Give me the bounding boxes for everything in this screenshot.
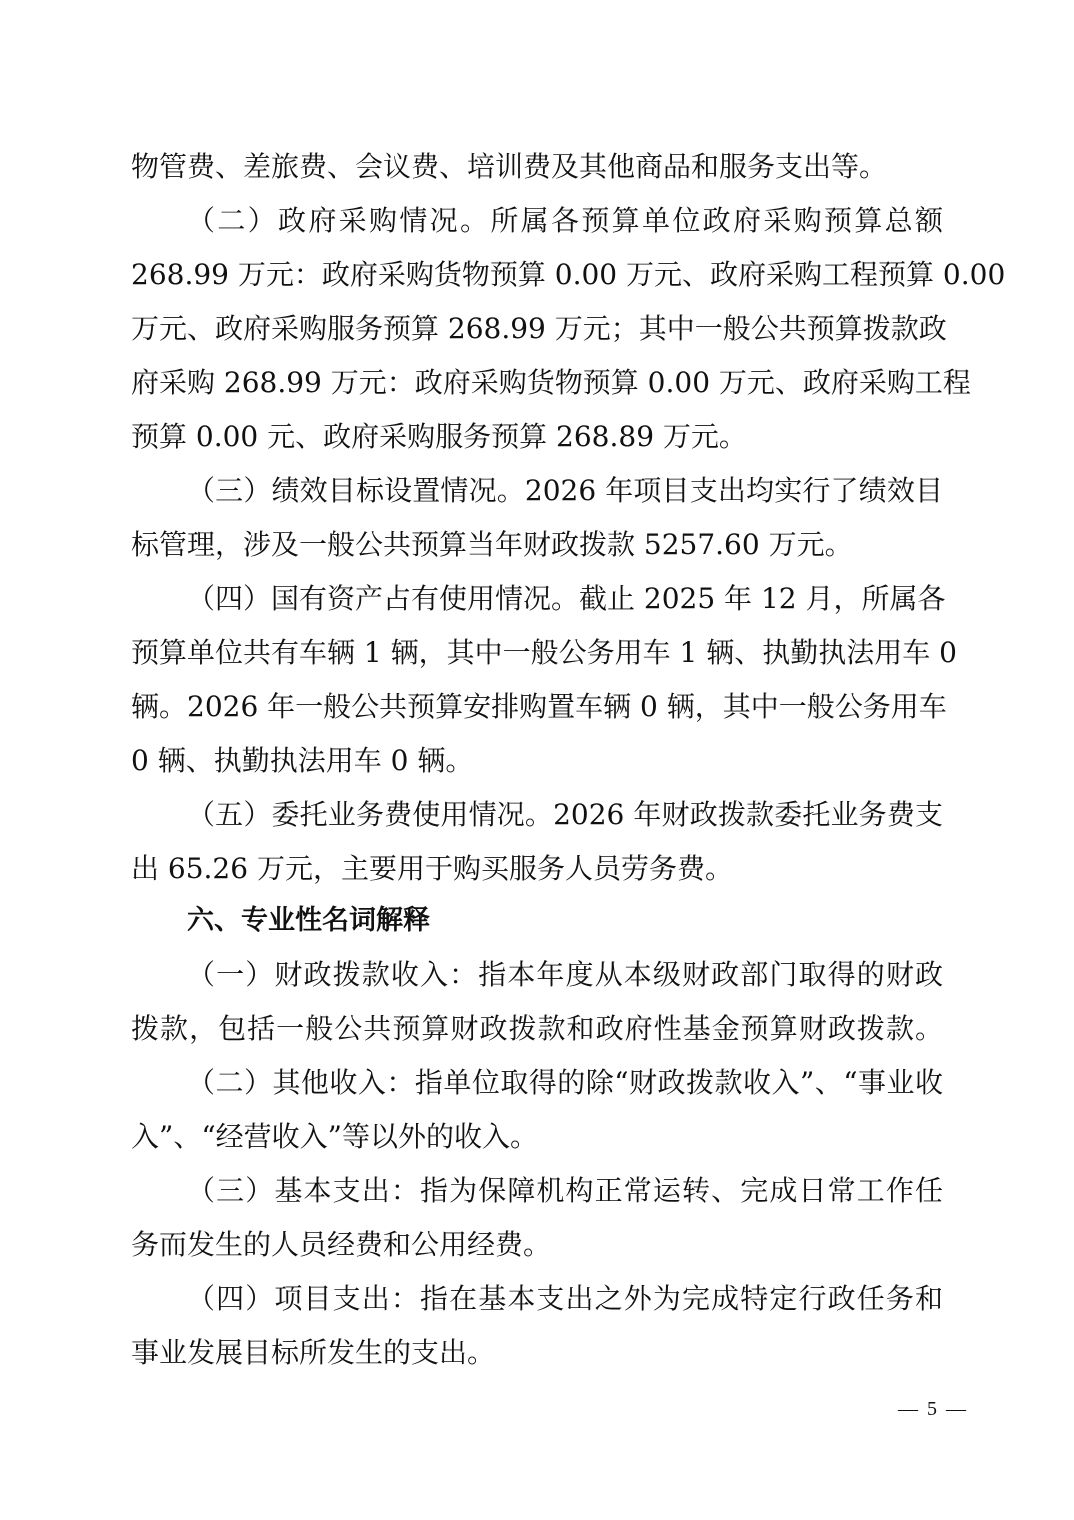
term-fiscal-income-line: （一）财政拨款收入：指本年度从本级财政部门取得的财政	[131, 948, 943, 1002]
section-assets-line: （四）国有资产占有使用情况。截止 2025 年 12 月，所属各	[131, 572, 943, 626]
section-procurement-heading-line: （二）政府采购情况。所属各预算单位政府采购预算总额	[131, 194, 943, 248]
paragraph-line: 事业发展目标所发生的支出。	[131, 1326, 943, 1380]
paragraph-line: 府采购 268.99 万元：政府采购货物预算 0.00 万元、政府采购工程	[131, 356, 943, 410]
section-heading-terms: 六、专业性名词解释	[131, 894, 943, 948]
paragraph-line: 0 辆、执勤执法用车 0 辆。	[131, 734, 943, 788]
page-number: — 5 —	[898, 1398, 968, 1421]
term-project-expenditure-line: （四）项目支出：指在基本支出之外为完成特定行政任务和	[131, 1272, 943, 1326]
section-entrusted-line: （五）委托业务费使用情况。2026 年财政拨款委托业务费支	[131, 788, 943, 842]
paragraph-line: 辆。2026 年一般公共预算安排购置车辆 0 辆，其中一般公务用车	[131, 680, 943, 734]
paragraph-line: 拨款，包括一般公共预算财政拨款和政府性基金预算财政拨款。	[131, 1002, 943, 1056]
paragraph-line: 务而发生的人员经费和公用经费。	[131, 1218, 943, 1272]
paragraph-line: 入”、“经营收入”等以外的收入。	[131, 1110, 943, 1164]
section-performance-line: （三）绩效目标设置情况。2026 年项目支出均实行了绩效目	[131, 464, 943, 518]
paragraph-line: 物管费、差旅费、会议费、培训费及其他商品和服务支出等。	[131, 140, 943, 194]
paragraph-line: 预算单位共有车辆 1 辆，其中一般公务用车 1 辆、执勤执法用车 0	[131, 626, 943, 680]
term-basic-expenditure-line: （三）基本支出：指为保障机构正常运转、完成日常工作任	[131, 1164, 943, 1218]
paragraph-line: 268.99 万元：政府采购货物预算 0.00 万元、政府采购工程预算 0.00	[131, 248, 943, 302]
paragraph-line: 预算 0.00 元、政府采购服务预算 268.89 万元。	[131, 410, 943, 464]
paragraph-line: 万元、政府采购服务预算 268.99 万元；其中一般公共预算拨款政	[131, 302, 943, 356]
paragraph-line: 标管理，涉及一般公共预算当年财政拨款 5257.60 万元。	[131, 518, 943, 572]
paragraph-line: 出 65.26 万元，主要用于购买服务人员劳务费。	[131, 842, 943, 896]
term-other-income-line: （二）其他收入：指单位取得的除“财政拨款收入”、“事业收	[131, 1056, 943, 1110]
